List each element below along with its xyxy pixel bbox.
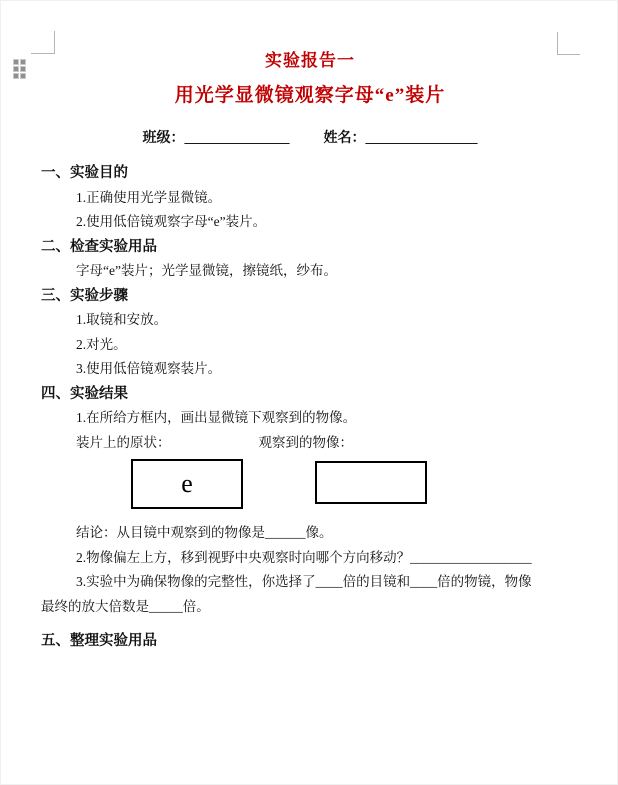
section-heading-cleanup: 五、整理实验用品 bbox=[41, 629, 579, 654]
question-3-text: 3.实验中为确保物像的完整性，你选择了 bbox=[76, 574, 316, 589]
answer-blank[interactable]: _____ bbox=[149, 599, 183, 614]
section-heading-steps: 三、实验步骤 bbox=[41, 284, 579, 309]
document-page: 实验报告一 用光学显微镜观察字母“e”装片 班级：_______________… bbox=[0, 0, 618, 785]
list-item: 1.正确使用光学显微镜。 bbox=[41, 186, 579, 211]
page-title: 实验报告一 bbox=[41, 49, 579, 73]
box-labels-row: 装片上的原状： 观察到的物像： bbox=[41, 431, 579, 456]
header-fields: 班级：_______________姓名：________________ bbox=[41, 129, 579, 149]
name-label: 姓名： bbox=[324, 131, 366, 146]
conclusion-line: 结论：从目镜中观察到的物像是______像。 bbox=[41, 521, 579, 546]
section-heading-purpose: 一、实验目的 bbox=[41, 161, 579, 186]
question-3-text: 倍的目镜和 bbox=[343, 574, 411, 589]
answer-blank[interactable]: ____ bbox=[316, 574, 343, 589]
conclusion-suffix: 像。 bbox=[306, 525, 333, 540]
document-body: 一、实验目的 1.正确使用光学显微镜。 2.使用低倍镜观察字母“e”装片。 二、… bbox=[41, 161, 579, 654]
answer-blank[interactable]: __________________ bbox=[410, 550, 532, 565]
observed-image-box[interactable] bbox=[315, 461, 427, 504]
name-field: 姓名：________________ bbox=[324, 131, 478, 146]
list-item: 2.对光。 bbox=[41, 333, 579, 358]
question-3-text: 倍。 bbox=[183, 599, 210, 614]
letter-e: e bbox=[181, 471, 193, 497]
original-letter-box: e bbox=[131, 459, 243, 509]
section-heading-materials: 二、检查实验用品 bbox=[41, 235, 579, 260]
section-heading-results: 四、实验结果 bbox=[41, 382, 579, 407]
page-subtitle: 用光学显微镜观察字母“e”装片 bbox=[41, 83, 579, 109]
class-blank[interactable]: _______________ bbox=[185, 131, 290, 146]
answer-blank[interactable]: ____ bbox=[410, 574, 437, 589]
question-2: 2.物像偏左上方，移到视野中央观察时向哪个方向移动？______________… bbox=[41, 546, 579, 571]
question-3-continued: 最终的放大倍数是_____倍。 bbox=[41, 595, 579, 620]
list-item: 3.使用低倍镜观察装片。 bbox=[41, 357, 579, 382]
list-item: 字母“e”装片；光学显微镜，擦镜纸，纱布。 bbox=[41, 259, 579, 284]
name-blank[interactable]: ________________ bbox=[366, 131, 478, 146]
drag-handle-icon[interactable] bbox=[14, 60, 25, 78]
question-3-text: 最终的放大倍数是 bbox=[41, 599, 149, 614]
document-content: 实验报告一 用光学显微镜观察字母“e”装片 班级：_______________… bbox=[41, 1, 579, 654]
list-item: 2.使用低倍镜观察字母“e”装片。 bbox=[41, 210, 579, 235]
list-item: 1.取镜和安放。 bbox=[41, 308, 579, 333]
conclusion-prefix: 结论：从目镜中观察到的物像是 bbox=[76, 525, 265, 540]
class-field: 班级：_______________ bbox=[143, 131, 290, 146]
observed-box-label: 观察到的物像： bbox=[259, 431, 354, 456]
results-intro: 1.在所给方框内，画出显微镜下观察到的物像。 bbox=[41, 406, 579, 431]
class-label: 班级： bbox=[143, 131, 185, 146]
question-3: 3.实验中为确保物像的完整性，你选择了____倍的目镜和____倍的物镜，物像 bbox=[41, 570, 579, 595]
answer-blank[interactable]: ______ bbox=[265, 525, 306, 540]
drawing-boxes-row: e bbox=[41, 459, 579, 513]
question-2-text: 2.物像偏左上方，移到视野中央观察时向哪个方向移动？ bbox=[76, 550, 410, 565]
question-3-text: 倍的物镜，物像 bbox=[437, 574, 532, 589]
original-box-label: 装片上的原状： bbox=[76, 431, 171, 456]
